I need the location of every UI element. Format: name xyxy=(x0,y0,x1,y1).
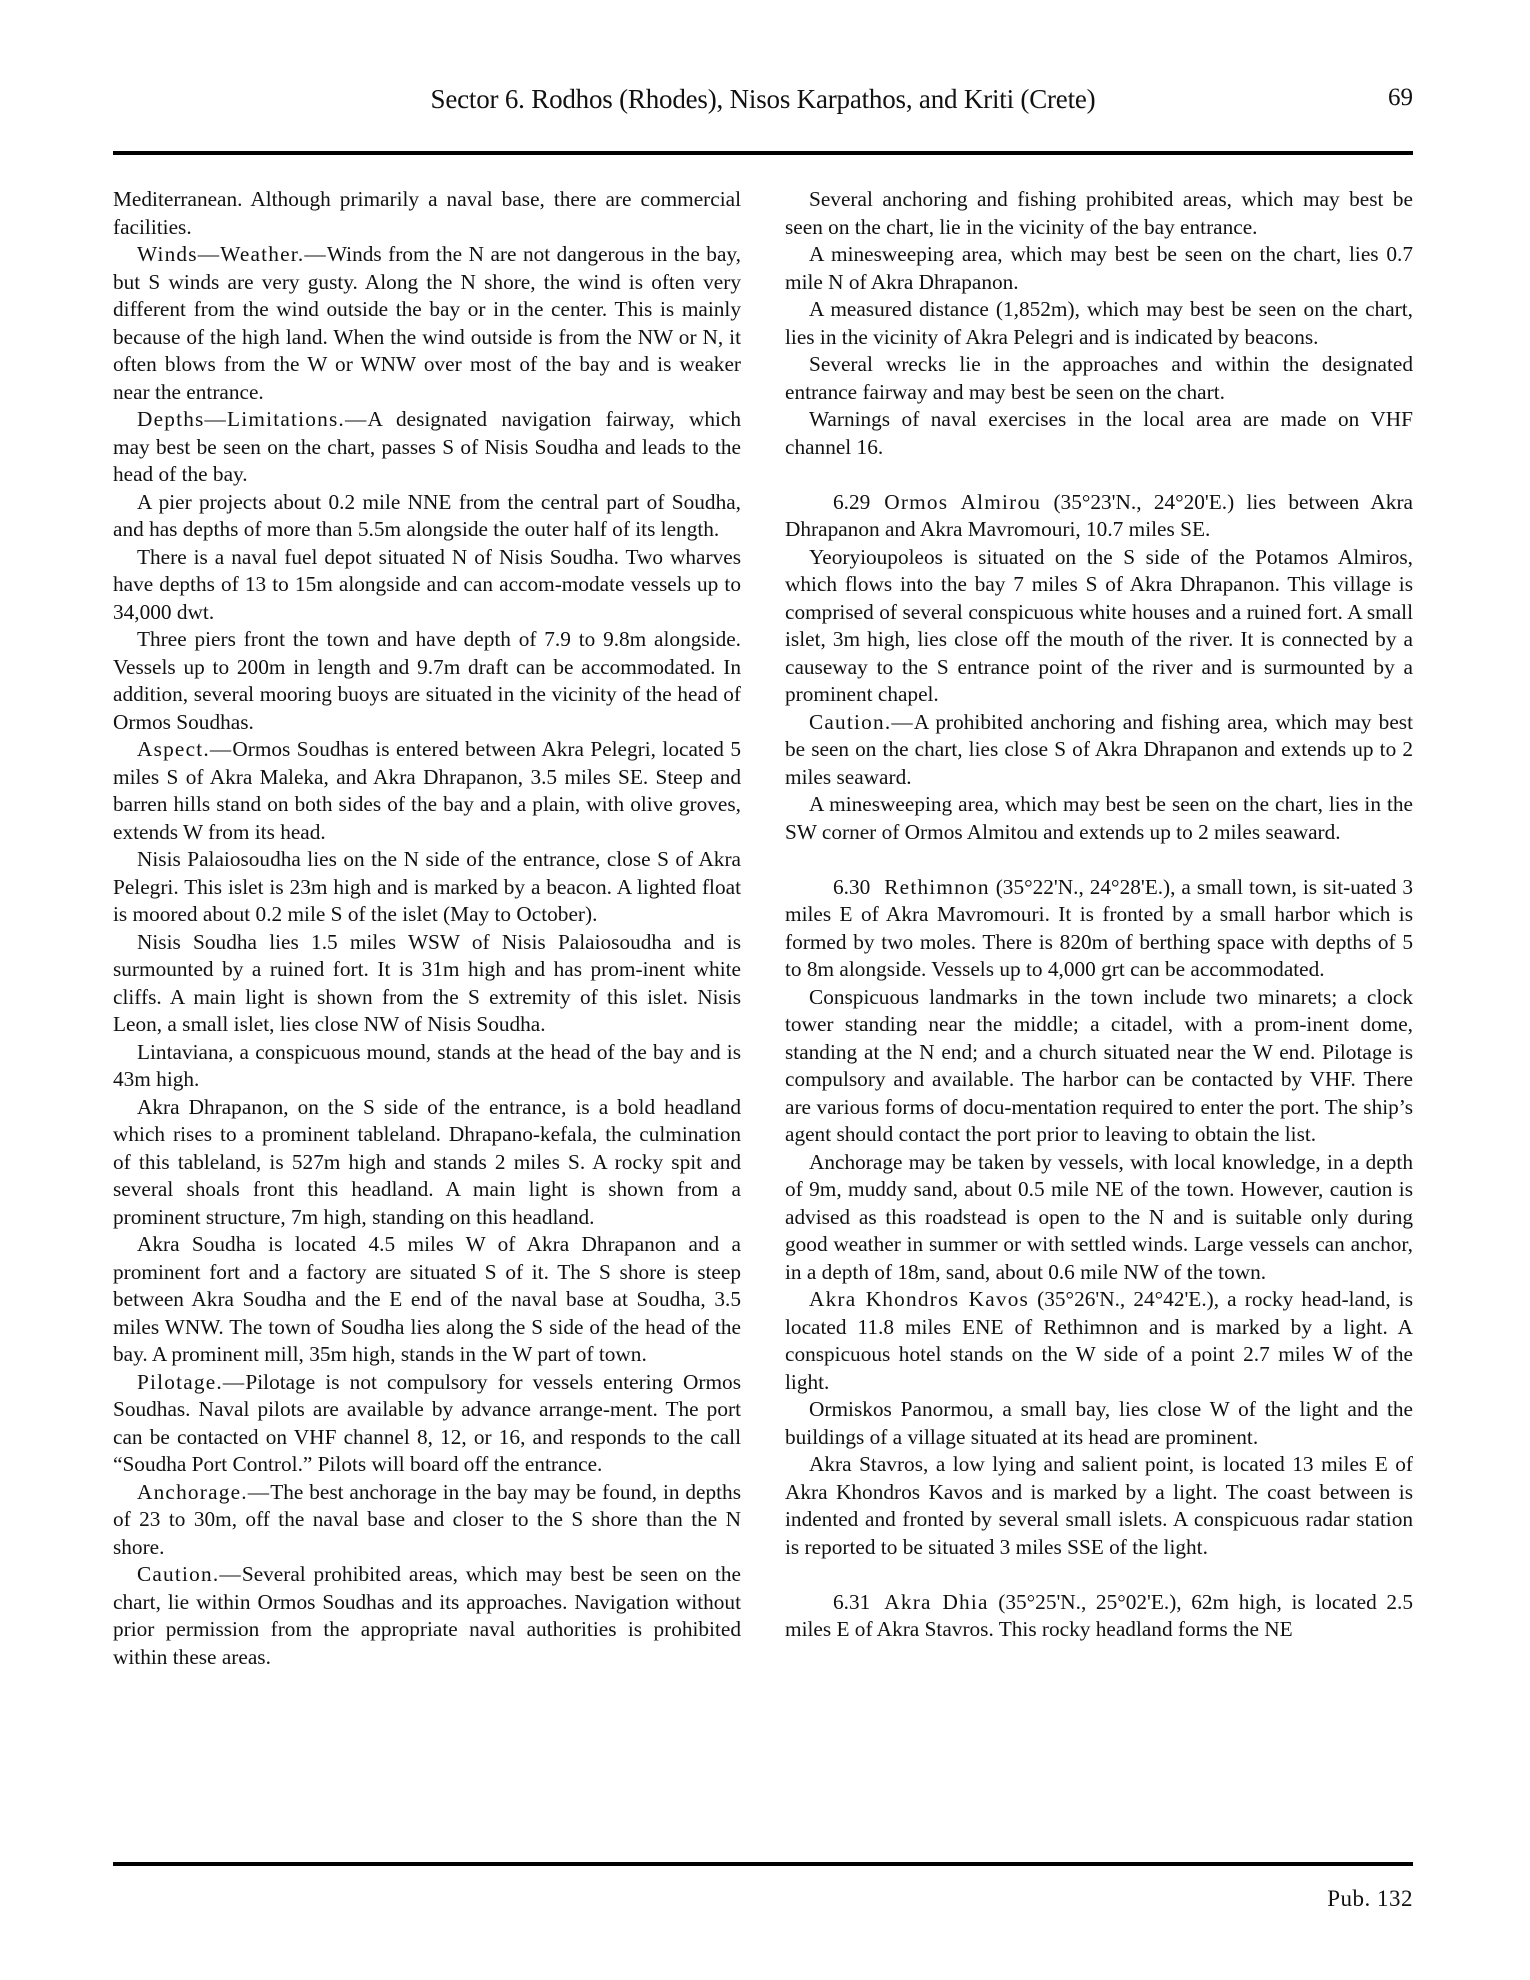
paragraph: Yeoryioupoleos is situated on the S side… xyxy=(785,544,1413,709)
page-header: Sector 6. Rodhos (Rhodes), Nisos Karpath… xyxy=(113,84,1413,124)
section-number: 6.30 xyxy=(809,874,870,902)
paragraph: Warnings of naval exercises in the local… xyxy=(785,406,1413,461)
paragraph-caution: Caution.—A prohibited anchoring and fish… xyxy=(785,709,1413,792)
paragraph-heading: Aspect.— xyxy=(137,737,232,761)
section-6-30: 6.30Rethimnon (35°22'N., 24°28'E.), a sm… xyxy=(785,874,1413,984)
paragraph: A minesweeping area, which may best be s… xyxy=(785,241,1413,296)
paragraph: Anchorage may be taken by vessels, with … xyxy=(785,1149,1413,1287)
paragraph: A pier projects about 0.2 mile NNE from … xyxy=(113,489,741,544)
paragraph-akra-khondros-kavos: Akra Khondros Kavos (35°26'N., 24°42'E.)… xyxy=(785,1286,1413,1396)
left-column: Mediterranean. Although primarily a nava… xyxy=(113,186,741,1671)
paragraph: Akra Stavros, a low lying and salient po… xyxy=(785,1451,1413,1561)
paragraph: Ormiskos Panormou, a small bay, lies clo… xyxy=(785,1396,1413,1451)
paragraph-heading: Anchorage.— xyxy=(137,1480,270,1504)
paragraph: Several wrecks lie in the approaches and… xyxy=(785,351,1413,406)
paragraph-heading: Akra Khondros Kavos xyxy=(809,1287,1029,1311)
section-title: Rethimnon xyxy=(884,875,989,899)
section-number: 6.29 xyxy=(809,489,870,517)
right-column: Several anchoring and fishing prohibited… xyxy=(785,186,1413,1644)
running-title: Sector 6. Rodhos (Rhodes), Nisos Karpath… xyxy=(113,84,1413,115)
section-number: 6.31 xyxy=(809,1589,870,1617)
paragraph-heading: Depths—Limitations.— xyxy=(137,407,367,431)
footer-rule xyxy=(113,1862,1413,1866)
header-rule xyxy=(113,151,1413,155)
paragraph-heading: Caution.— xyxy=(809,710,914,734)
paragraph-anchorage: Anchorage.—The best anchorage in the bay… xyxy=(113,1479,741,1562)
section-title: Akra Dhia xyxy=(884,1590,988,1614)
paragraph-heading: Winds—Weather.— xyxy=(137,242,327,266)
paragraph-caution: Caution.—Several prohibited areas, which… xyxy=(113,1561,741,1671)
paragraph: Several anchoring and fishing prohibited… xyxy=(785,186,1413,241)
paragraph: Akra Dhrapanon, on the S side of the ent… xyxy=(113,1094,741,1232)
paragraph: Akra Soudha is located 4.5 miles W of Ak… xyxy=(113,1231,741,1369)
section-title: Ormos Almirou xyxy=(884,490,1041,514)
paragraph-heading: Pilotage.— xyxy=(137,1370,245,1394)
paragraph: Three piers front the town and have dept… xyxy=(113,626,741,736)
section-6-31: 6.31Akra Dhia (35°25'N., 25°02'E.), 62m … xyxy=(785,1589,1413,1644)
paragraph-aspect: Aspect.—Ormos Soudhas is entered between… xyxy=(113,736,741,846)
paragraph-winds-weather: Winds—Weather.—Winds from the N are not … xyxy=(113,241,741,406)
page-number: 69 xyxy=(1388,84,1413,112)
paragraph-heading: Caution.— xyxy=(137,1562,242,1586)
paragraph: Nisis Palaiosoudha lies on the N side of… xyxy=(113,846,741,929)
paragraph: A measured distance (1,852m), which may … xyxy=(785,296,1413,351)
paragraph: Nisis Soudha lies 1.5 miles WSW of Nisis… xyxy=(113,929,741,1039)
paragraph-depths-limitations: Depths—Limitations.—A designated navigat… xyxy=(113,406,741,489)
section-6-29: 6.29Ormos Almirou (35°23'N., 24°20'E.) l… xyxy=(785,489,1413,544)
paragraph: There is a naval fuel depot situated N o… xyxy=(113,544,741,627)
paragraph: Mediterranean. Although primarily a nava… xyxy=(113,186,741,241)
publication-label: Pub. 132 xyxy=(1327,1886,1413,1912)
paragraph-pilotage: Pilotage.—Pilotage is not compulsory for… xyxy=(113,1369,741,1479)
paragraph: Conspicuous landmarks in the town includ… xyxy=(785,984,1413,1149)
paragraph: A minesweeping area, which may best be s… xyxy=(785,791,1413,846)
paragraph: Lintaviana, a conspicuous mound, stands … xyxy=(113,1039,741,1094)
